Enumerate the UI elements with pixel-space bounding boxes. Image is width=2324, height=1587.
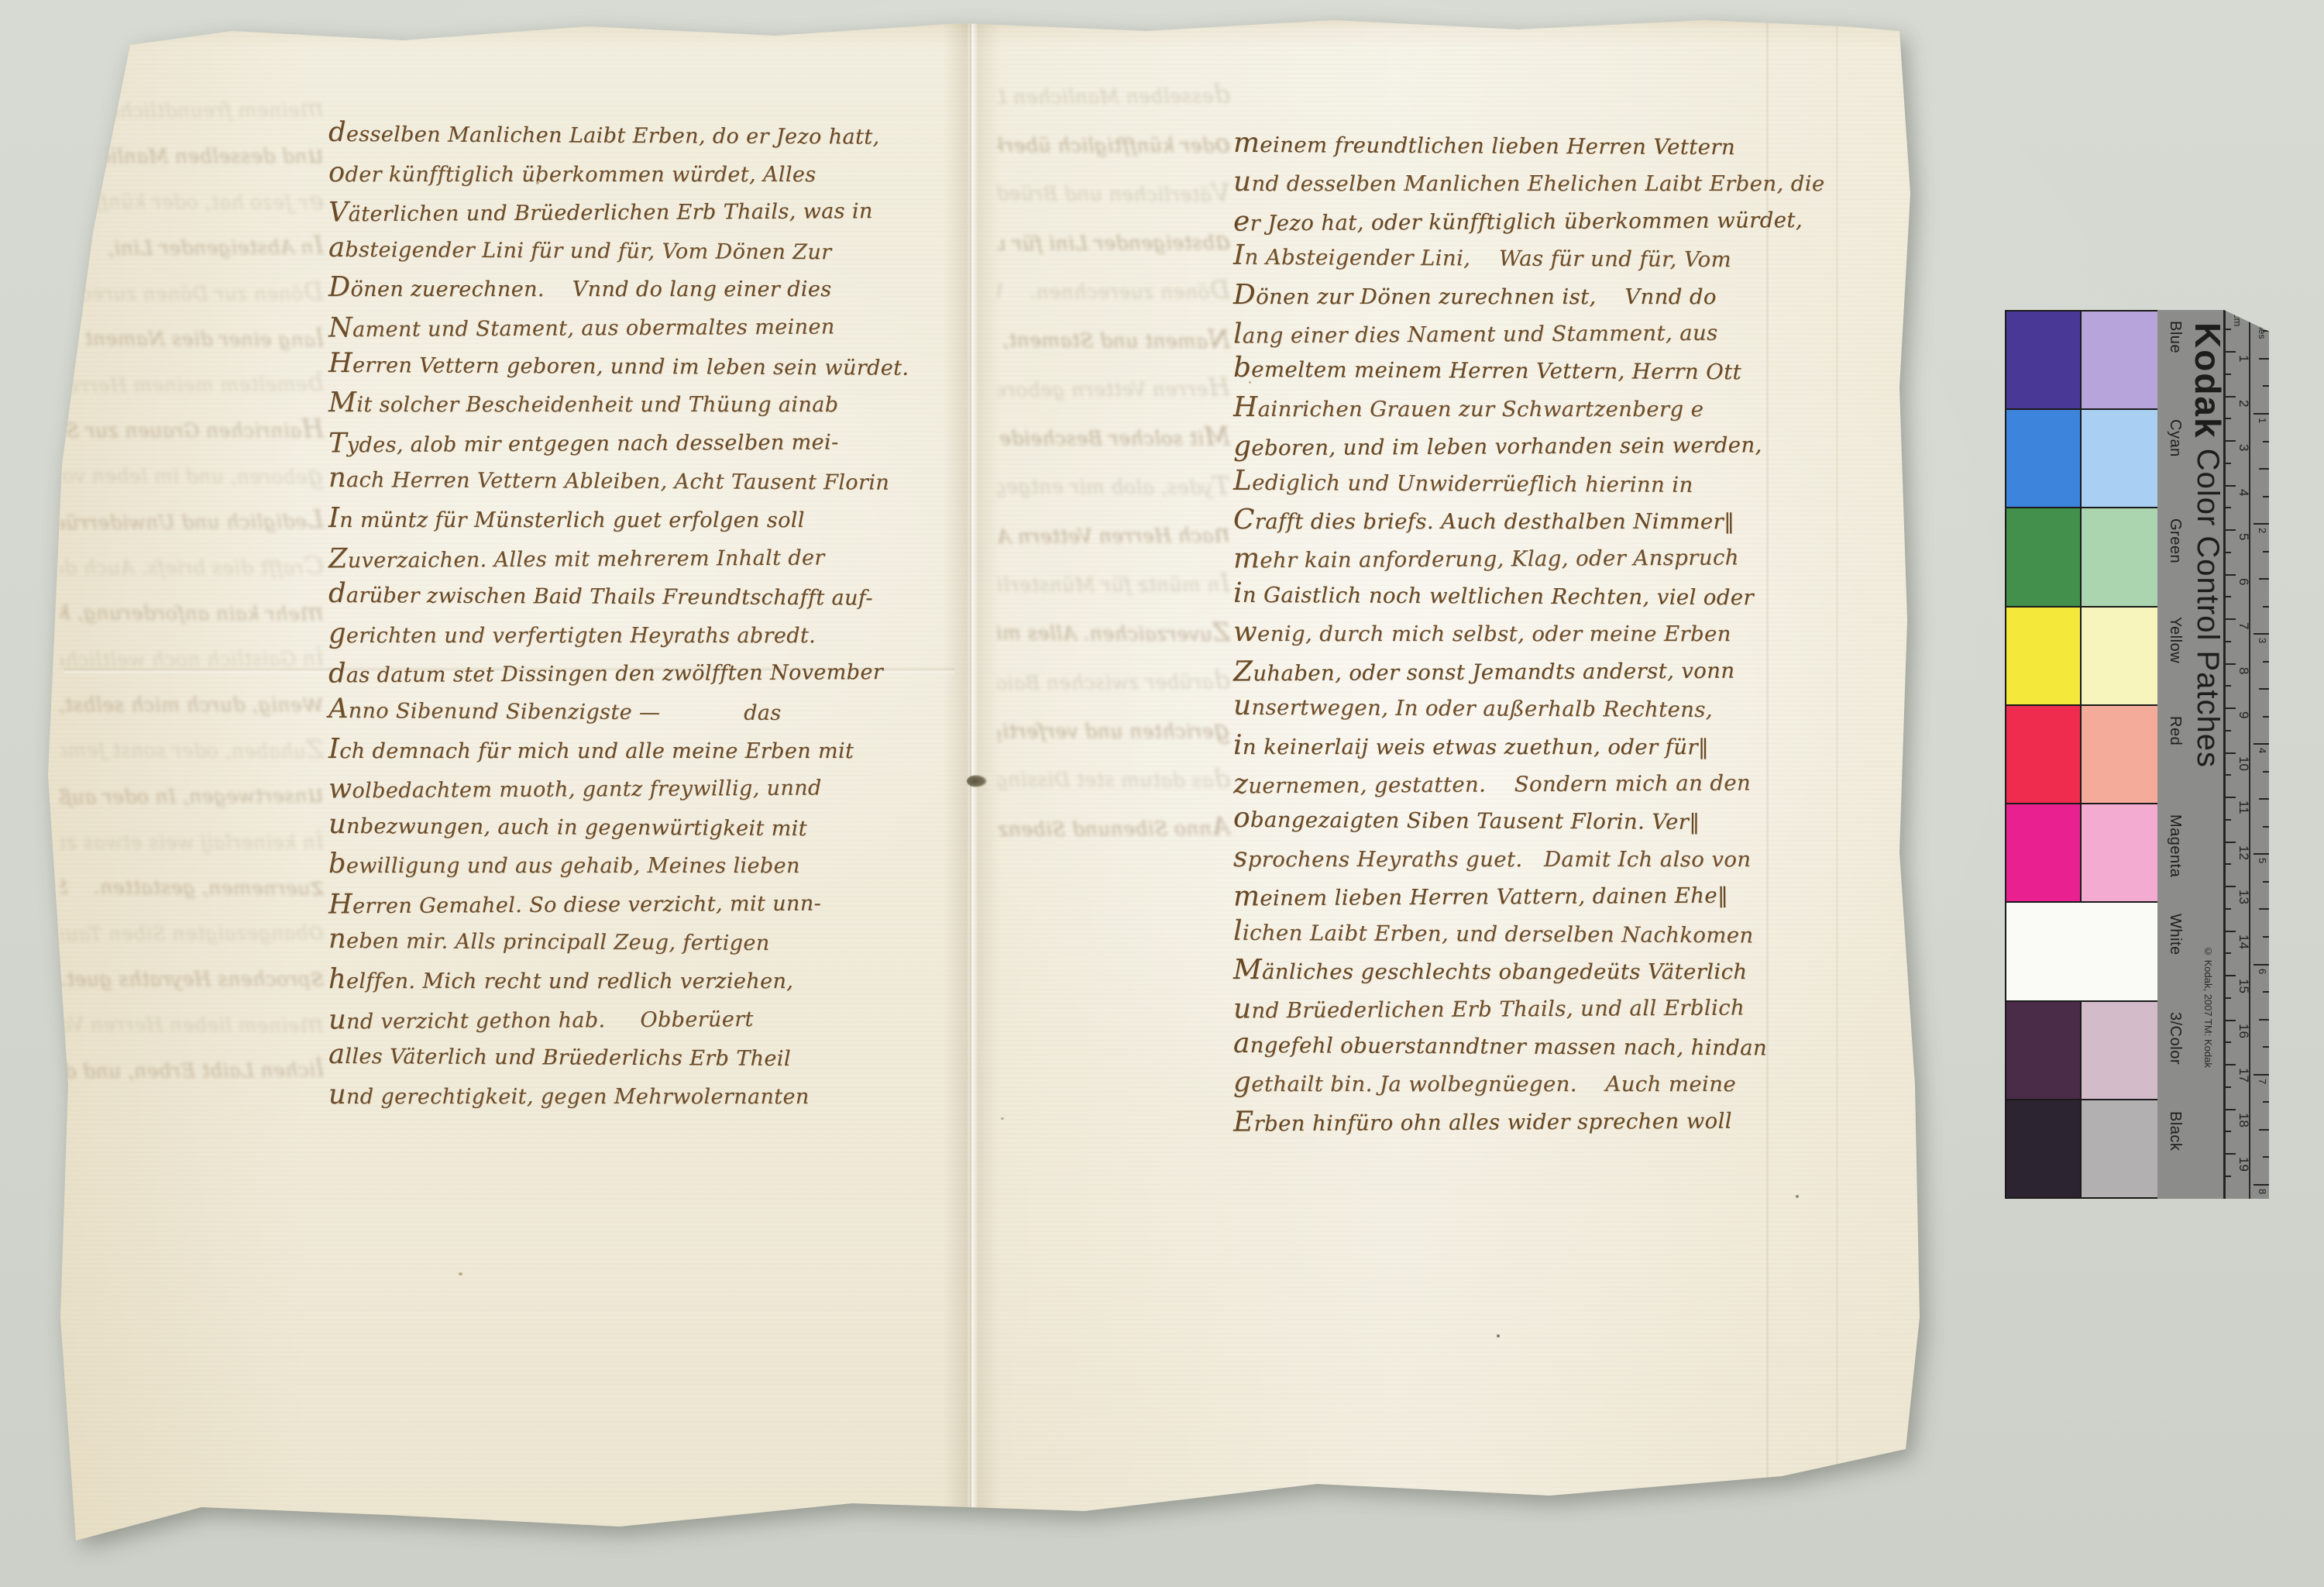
patch-yellow-light: [2082, 608, 2157, 704]
manuscript-line: das datum stet Dissingen den zwölfften N…: [328, 652, 948, 694]
foxing-speck: [1001, 1117, 1004, 1120]
ruler-tick: [2259, 358, 2269, 360]
manuscript-line: In müntz für Münsterlich guet erfolgen s…: [998, 559, 1230, 608]
manuscript-line: oder künfftiglich überkommen würdet, All…: [998, 120, 1230, 169]
manuscript-line: lang einer dies Nament und Stamment, aus: [60, 315, 324, 362]
manuscript-line: Dönen zuerechnen. Vnnd do lang einer die…: [998, 267, 1230, 315]
manuscript-line: In müntz für Münsterlich guet erfolgen s…: [328, 501, 948, 539]
ruler-tick: [2226, 507, 2231, 508]
ruler-tick: [2226, 440, 2236, 442]
ruler-tick: [2226, 329, 2231, 330]
manuscript-line: darüber zwischen Baid Thails Freundtscha…: [328, 576, 948, 618]
patch-green-dark: [2006, 508, 2080, 605]
ruler-tick: [2226, 1109, 2236, 1110]
manuscript-line: Lediglich und Unwiderrüeflich hierinn in: [60, 497, 324, 545]
manuscript-line: wenig, durch mich selbst, oder meine Erb…: [1233, 614, 1876, 652]
patch-yellow-dark: [2006, 608, 2080, 704]
manuscript-line: desselben Manlichen Laibt Erben, do er J…: [328, 115, 948, 157]
manuscript-line: Herren Gemahel. So diese verzicht, mit u…: [328, 883, 948, 924]
foxing-speck: [459, 1272, 462, 1275]
patch-red-light: [2082, 706, 2157, 803]
manuscript-line: geboren, und im leben vorhanden sein wer…: [60, 452, 324, 499]
ruler-tick: [2263, 936, 2269, 938]
manuscript-line: in Gaistlich noch weltlichen Rechten, vi…: [60, 635, 324, 682]
ruler-tick: [2263, 606, 2269, 608]
manuscript-line: Tydes, alob mir entgegen nach desselben …: [328, 422, 948, 463]
patch-green-light: [2082, 508, 2157, 605]
manuscript-line: Hainrichen Grauen zur Schwartzenberg e: [1233, 390, 1876, 427]
ruler-tick: [2226, 1176, 2231, 1177]
manuscript-line: Tydes, alob mir entgegen nach desselben …: [998, 461, 1230, 511]
ruler-tick: [2259, 908, 2269, 910]
manuscript-line: Hainrichen Grauen zur Schwartzenberg e: [60, 407, 324, 453]
ruler-tick: [2263, 496, 2269, 497]
manuscript-line: angefehl obuerstanndtner massen nach, hi…: [1233, 1026, 1876, 1067]
patch-blue-light: [2082, 312, 2157, 408]
inch-number-7: 7: [2257, 1079, 2268, 1084]
manuscript-line: In Absteigender Lini, Was für und für, V…: [60, 223, 324, 270]
manuscript-line: Lediglich und Unwiderrüeflich hierinn in: [1233, 463, 1876, 504]
ruler-tick: [2226, 1020, 2236, 1021]
ruler-tick: [2226, 997, 2231, 999]
ruler-tick: [2263, 385, 2269, 387]
manuscript-line: meinem freundtlichen lieben Herren Vette…: [1233, 126, 1876, 167]
manuscript-line: lang einer dies Nament und Stamment, aus: [1233, 312, 1876, 353]
kodak-strip-title: Kodak Color Control Patches: [2187, 322, 2229, 1244]
patch-label-yellow: Yellow: [2161, 617, 2184, 701]
ruler-tick: [2226, 752, 2236, 754]
ruler-tick: [2226, 641, 2231, 642]
ruler-tick: [2263, 661, 2269, 663]
patch-blue-dark: [2006, 312, 2080, 408]
inch-number-3: 3: [2257, 638, 2268, 643]
manuscript-line: Väterlichen und Brüederlichen Erb Thails…: [998, 168, 1230, 219]
patch-label-red: Red: [2161, 716, 2184, 800]
ruler-tick: [2226, 863, 2231, 865]
manuscript-line: Zuverzaichen. Alles mit mehrerem Inhalt …: [328, 537, 948, 579]
manuscript-line: Nament und Stament, aus obermaltes meine…: [328, 307, 948, 349]
ruler-tick: [2254, 964, 2269, 966]
ruler-tick: [2263, 1046, 2269, 1048]
manuscript-line: gethailt bin. Ja wolbegnüegen. Auch mein…: [1233, 1065, 1876, 1102]
patch-cyan-light: [2082, 410, 2157, 507]
patch-magenta-dark: [2006, 804, 2080, 901]
manuscript-line: Mit solcher Bescheidenheit und Thüung ai…: [998, 413, 1230, 462]
ruler-tick: [2263, 1156, 2269, 1158]
ruler-tick: [2226, 618, 2236, 620]
manuscript-line: er Jezo hat, oder künfftiglich überkomme…: [60, 177, 324, 225]
patch-magenta-light: [2082, 804, 2157, 901]
ruler-tick: [2226, 931, 2236, 932]
manuscript-line: Dönen zur Dönen zurechnen ist, Vnnd do: [60, 270, 324, 315]
manuscript-line: nach Herren Vettern Ableiben, Acht Tause…: [998, 510, 1230, 560]
manuscript-line: lichen Laibt Erben, und derselben Nachko…: [1233, 913, 1876, 954]
bleedthrough-ghost-left-margin: meinem freundtlichen lieben Herren Vette…: [60, 87, 324, 1086]
manuscript-line: Zuhaben, oder sonst Jemandts anderst, vo…: [1233, 650, 1876, 691]
ruler-tick: [2226, 552, 2231, 553]
inch-number-5: 5: [2257, 858, 2268, 863]
manuscript-line: Ich demnach für mich und alle meine Erbe…: [328, 732, 948, 770]
ruler-tick: [2226, 485, 2236, 487]
ruler-tick: [2226, 396, 2236, 398]
manuscript-paper: meinem freundtlichen lieben Herren Vette…: [40, 17, 1923, 1547]
ruler-tick: [2226, 1064, 2236, 1065]
color-patch-grid: [2005, 310, 2157, 1199]
kodak-color-strip: BlueCyanGreenYellowRedMagentaWhite3/Colo…: [2005, 310, 2269, 1199]
ruler-tick: [2254, 1074, 2269, 1076]
ruler-tick: [2226, 908, 2231, 910]
manuscript-line: zuernemen, gestatten. Sondern mich an de…: [1233, 763, 1876, 804]
ruler-tick: [2226, 842, 2236, 843]
manuscript-line: Herren Vettern geboren, unnd im leben se…: [328, 345, 948, 387]
patch-cyan-dark: [2006, 410, 2080, 507]
manuscript-line: und verzicht gethon hab. Obberüert: [328, 998, 948, 1040]
manuscript-line: Herren Vettern geboren, unnd im leben se…: [998, 363, 1230, 414]
patch-white: [2006, 903, 2157, 1000]
wax-seal-spot: [967, 775, 987, 787]
ruler-tick: [2263, 881, 2269, 883]
ruler-tick: [2263, 771, 2269, 773]
manuscript-line: Zuhaben, oder sonst Jemandts anderst, vo…: [60, 726, 324, 773]
ruler-tick: [2259, 1019, 2269, 1021]
ruler-tick: [2226, 707, 2236, 709]
ruler-tick: [2263, 716, 2269, 718]
inch-number-2: 2: [2257, 528, 2268, 533]
ruler-tick: [2259, 578, 2269, 580]
right-page-text-column: meinem freundtlichen lieben Herren Vette…: [1233, 127, 1876, 1140]
ruler-tick: [2226, 529, 2236, 531]
manuscript-line: Dönen zur Dönen zurechnen ist, Vnnd do: [1233, 277, 1876, 315]
manuscript-line: obangezaigten Siben Tausent Florin. Ver‖: [1233, 800, 1876, 842]
manuscript-line: Dönen zuerechnen. Vnnd do lang einer die…: [328, 270, 948, 308]
ruler-tick: [2226, 596, 2231, 597]
ruler-tick: [2263, 1101, 2269, 1103]
patch-label-cyan: Cyan: [2161, 419, 2184, 504]
ruler-tick: [2226, 351, 2236, 353]
ruler-tick: [2263, 551, 2269, 553]
manuscript-line: in keinerlaij weis etwas zuethun, oder f…: [60, 818, 324, 864]
manuscript-line: Anno Sibenund Sibenzigste — das: [998, 803, 1230, 853]
manuscript-line: absteigender Lini für und für, Vom Dönen…: [328, 230, 948, 272]
manuscript-line: und Brüederlichen Erb Thails, und all Er…: [1233, 988, 1876, 1029]
manuscript-line: gerichten und verfertigten Heyraths abre…: [998, 706, 1230, 755]
ruler-tick: [2259, 1129, 2269, 1131]
patch-label-black: Black: [2161, 1111, 2184, 1196]
manuscript-line: in keinerlaij weis etwas zuethun, oder f…: [1233, 728, 1876, 765]
manuscript-line: wolbedachtem muoth, gantz freywillig, un…: [328, 768, 948, 810]
manuscript-line: mehr kain anforderung, Klag, oder Anspru…: [60, 589, 324, 636]
manuscript-line: darüber zwischen Baid Thails Freundtscha…: [998, 656, 1230, 707]
manuscript-line: Mänliches geschlechts obangedeüts Väterl…: [1233, 952, 1876, 990]
ruler-tick: [2226, 797, 2236, 798]
manuscript-line: obangezaigten Siben Tausent Florin. Ver‖: [60, 909, 324, 956]
ruler-tick: [2226, 418, 2231, 419]
ruler-tick: [2254, 633, 2269, 635]
ruler-tick: [2226, 819, 2231, 821]
bleedthrough-ghost-center: desselben Manlichen Laibt Erben, do er J…: [998, 71, 1230, 854]
ruler-tick: [2226, 663, 2236, 665]
manuscript-line: meinem lieben Herren Vattern, dainen Ehe…: [60, 1000, 324, 1048]
manuscript-line: geboren, und im leben vorhanden sein wer…: [1233, 425, 1876, 466]
manuscript-line: und desselben Manlichen Ehelichen Laibt …: [1233, 164, 1876, 201]
manuscript-line: zuernemen, gestatten. Sondern mich an de…: [60, 863, 324, 911]
patch-label-magenta: Magenta: [2161, 814, 2184, 899]
ruler-tick: [2226, 1041, 2231, 1043]
ruler-tick: [2263, 330, 2269, 332]
manuscript-line: bemeltem meinem Herren Vettern, Herrn Ot…: [60, 360, 324, 408]
inch-number-4: 4: [2257, 748, 2268, 753]
ruler-tick: [2226, 975, 2236, 976]
manuscript-line: meinem freundtlichen lieben Herren Vette…: [60, 87, 324, 133]
ruler-tick: [2226, 374, 2231, 375]
manuscript-line: neben mir. Alls principall Zeug, fertige…: [328, 921, 948, 963]
manuscript-line: In Absteigender Lini, Was für und für, V…: [1233, 238, 1876, 279]
ruler-tick: [2254, 743, 2269, 745]
manuscript-line: Zuverzaichen. Alles mit mehrerem Inhalt …: [998, 608, 1230, 658]
patch-3-color-light: [2082, 1002, 2157, 1099]
manuscript-line: bemeltem meinem Herren Vettern, Herrn Ot…: [1233, 350, 1876, 391]
manuscript-line: desselben Manlichen Laibt Erben, do er J…: [998, 71, 1230, 121]
manuscript-line: bewilligung und aus gehaib, Meines liebe…: [328, 846, 948, 885]
manuscript-line: meinem lieben Herren Vattern, dainen Ehe…: [1233, 876, 1876, 917]
ruler-tick: [2226, 574, 2236, 576]
ruler-tick: [2259, 688, 2269, 690]
inch-number-6: 6: [2257, 969, 2268, 974]
manuscript-line: sprochens Heyraths guet. Damit Ich also …: [1233, 840, 1876, 877]
patch-label-green: Green: [2161, 518, 2184, 603]
ruler-tick: [2263, 826, 2269, 828]
manuscript-line: und desselben Manlichen Ehelichen Laibt …: [60, 133, 324, 178]
strip-ruler: cm 12345678910111213141516171819 Inches …: [2223, 310, 2269, 1199]
kodak-copyright-label: © Kodak, 2007 TM: Kodak: [2202, 945, 2214, 1068]
left-page-text-column: desselben Manlichen Laibt Erben, do er J…: [328, 116, 948, 1115]
inch-number-8: 8: [2257, 1189, 2268, 1194]
manuscript-line: gerichten und verfertigten Heyraths abre…: [328, 616, 948, 655]
ruler-tick: [2254, 853, 2269, 855]
manuscript-line: Nament und Stament, aus obermaltes meine…: [998, 315, 1230, 365]
ruler-tick: [2226, 952, 2231, 954]
manuscript-line: in Gaistlich noch weltlichen Rechten, vi…: [1233, 576, 1876, 617]
manuscript-line: und gerechtigkeit, gegen Mehrwolernanten: [328, 1077, 948, 1116]
manuscript-line: das datum stet Dissingen den zwölfften N…: [998, 754, 1230, 804]
ruler-tick: [2226, 463, 2231, 464]
ruler-tick: [2259, 468, 2269, 470]
ruler-tick: [2263, 991, 2269, 993]
manuscript-line: unsertwegen, In oder außerhalb Rechtens,: [60, 772, 324, 819]
ruler-tick: [2254, 1184, 2269, 1186]
foxing-speck: [1796, 1195, 1799, 1198]
ruler-tick: [2263, 441, 2269, 442]
manuscript-line: Anno Sibenund Sibenzigste — das: [328, 691, 948, 733]
strip-title-label: Color Control Patches: [2191, 439, 2225, 768]
manuscript-line: wenig, durch mich selbst, oder meine Erb…: [60, 681, 324, 727]
manuscript-line: sprochens Heyraths guet. Damit Ich also …: [60, 955, 324, 1001]
manuscript-line: nach Herren Vettern Ableiben, Acht Tause…: [328, 460, 948, 502]
ruler-tick: [2226, 1131, 2231, 1132]
patch-label-white: White: [2161, 914, 2184, 998]
patch-red-dark: [2006, 706, 2080, 803]
manuscript-line: Crafft dies briefs. Auch desthalben Nimm…: [60, 544, 324, 590]
inch-number-1: 1: [2257, 418, 2268, 423]
manuscript-line: absteigender Lini für und für, Vom Dönen…: [998, 217, 1230, 267]
patch-label-3-color: 3/Color: [2161, 1012, 2184, 1096]
ruler-tick: [2226, 1086, 2231, 1088]
kodak-brand-label: Kodak: [2188, 322, 2228, 439]
foxing-speck: [1497, 1334, 1500, 1337]
ruler-tick: [2226, 774, 2231, 776]
ruler-tick: [2226, 730, 2231, 732]
kodak-strip-label-bar: BlueCyanGreenYellowRedMagentaWhite3/Colo…: [2157, 310, 2269, 1199]
patch-3-color-dark: [2006, 1002, 2080, 1099]
manuscript-line: oder künfftiglich überkommen würdet, All…: [328, 155, 948, 194]
patch-black-light: [2082, 1100, 2157, 1197]
ruler-tick: [2259, 798, 2269, 800]
manuscript-line: unsertwegen, In oder außerhalb Rechtens,: [1233, 688, 1876, 729]
manuscript-line: Erben hinfüro ohn alles wider sprechen w…: [1233, 1100, 1876, 1141]
ruler-tick: [2254, 413, 2269, 415]
ruler-inch-scale: Inches 12345678: [2249, 310, 2269, 1199]
ruler-cm-scale: cm 12345678910111213141516171819: [2226, 310, 2249, 1199]
manuscript-line: alles Väterlich und Brüederlichs Erb The…: [328, 1037, 948, 1079]
ruler-tick: [2226, 1153, 2236, 1155]
manuscript-line: er Jezo hat, oder künfftiglich überkomme…: [1233, 200, 1876, 241]
manuscript-line: helffen. Mich recht und redlich verziehe…: [328, 962, 948, 1000]
manuscript-line: Crafft dies briefs. Auch desthalben Nimm…: [1233, 502, 1876, 539]
manuscript-line: mehr kain anforderung, Klag, oder Anspru…: [1233, 538, 1876, 579]
ruler-tick: [2226, 685, 2231, 687]
manuscript-line: Mit solcher Bescheidenheit und Thüung ai…: [328, 385, 948, 424]
inches-unit-label: Inches: [2257, 312, 2267, 339]
scanned-archive-photo: meinem freundtlichen lieben Herren Vette…: [0, 0, 2324, 1587]
ruler-tick: [2254, 523, 2269, 525]
cm-unit-label: cm: [2232, 313, 2243, 326]
manuscript-line: unbezwungen, auch in gegenwürtigkeit mit: [328, 807, 948, 849]
ruler-tick: [2226, 886, 2236, 887]
manuscript-line: Väterlichen und Brüederlichen Erb Thails…: [328, 191, 948, 233]
manuscript-line: lichen Laibt Erben, und derselben Nachko…: [60, 1046, 324, 1086]
patch-black-dark: [2006, 1100, 2080, 1197]
manuscript-paper-wrap: meinem freundtlichen lieben Herren Vette…: [40, 17, 1923, 1547]
patch-label-blue: Blue: [2161, 321, 2184, 405]
